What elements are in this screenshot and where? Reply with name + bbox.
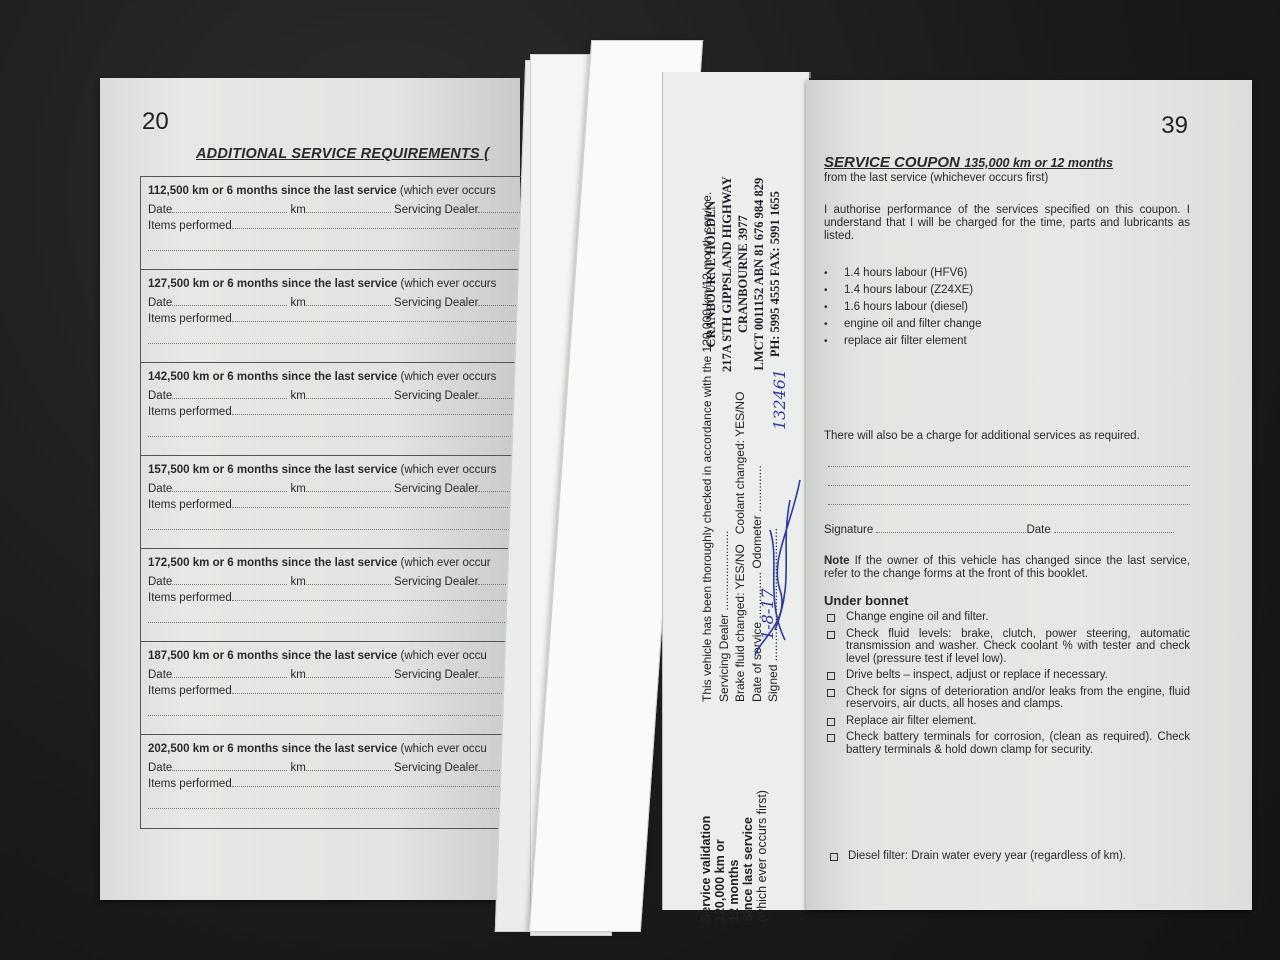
- note-text: If the owner of this vehicle has changed…: [824, 555, 1190, 580]
- date-label: Date: [148, 297, 172, 309]
- owner-change-note: Note If the owner of this vehicle has ch…: [824, 555, 1190, 581]
- km-field[interactable]: [306, 668, 391, 678]
- items-field-line[interactable]: [148, 422, 515, 437]
- additional-services-lines[interactable]: [824, 450, 1190, 507]
- labour-item: 1.4 hours labour (Z24XE): [824, 282, 1190, 299]
- date-label: Date: [148, 576, 172, 588]
- signature-label: Signature: [824, 524, 873, 536]
- km-field[interactable]: [306, 761, 391, 771]
- service-entry-row: 157,500 km or 6 months since the last se…: [141, 456, 521, 549]
- under-bonnet-heading: Under bonnet: [824, 593, 1190, 608]
- items-field[interactable]: [232, 405, 521, 415]
- dealer-label: Servicing Dealer: [394, 483, 478, 495]
- validation-interval: 12 months: [727, 790, 741, 922]
- page-heading: ADDITIONAL SERVICE REQUIREMENTS (: [196, 146, 489, 162]
- service-fields: Date km Servicing Dealer: [148, 482, 521, 495]
- checklist-item[interactable]: Drive belts – inspect, adjust or replace…: [824, 669, 1190, 682]
- service-entry-row: 142,500 km or 6 months since the last se…: [141, 363, 521, 456]
- dealer-label: Servicing Dealer: [394, 390, 478, 402]
- items-performed: Items performed: [148, 591, 521, 604]
- items-label: Items performed: [148, 499, 232, 511]
- items-performed: Items performed: [148, 498, 521, 511]
- items-field[interactable]: [232, 498, 521, 508]
- stamp-address: 217A STH GIPPSLAND HIGHWAY: [719, 176, 735, 372]
- service-entry-row: 187,500 km or 6 months since the last se…: [141, 642, 521, 735]
- labour-item: engine oil and filter change: [824, 316, 1190, 333]
- additional-charge-text: There will also be a charge for addition…: [824, 430, 1190, 442]
- date-field[interactable]: [172, 482, 287, 492]
- service-entry-row: 127,500 km or 6 months since the last se…: [141, 270, 521, 363]
- validation-interval: Since last service: [741, 790, 755, 922]
- km-field[interactable]: [306, 575, 391, 585]
- km-field[interactable]: [306, 296, 391, 306]
- date-field[interactable]: [172, 296, 287, 306]
- validation-title: Service validation: [699, 790, 713, 922]
- date-field[interactable]: [172, 668, 287, 678]
- km-label: km: [291, 576, 306, 588]
- km-label: km: [291, 762, 306, 774]
- coupon-subtitle: from the last service (whichever occurs …: [824, 172, 1190, 184]
- date-label: Date: [148, 762, 172, 774]
- dealer-label: Servicing Dealer: [394, 297, 478, 309]
- items-field[interactable]: [232, 777, 521, 787]
- labour-item: 1.4 hours labour (HFV6): [824, 265, 1190, 282]
- items-label: Items performed: [148, 313, 232, 325]
- items-field-line[interactable]: [148, 608, 515, 623]
- date-field[interactable]: [172, 203, 287, 213]
- dealer-label: Servicing Dealer: [394, 762, 478, 774]
- blank-line[interactable]: [828, 488, 1190, 505]
- items-label: Items performed: [148, 592, 232, 604]
- date-field[interactable]: [172, 761, 287, 771]
- right-page: 39 SERVICE COUPON 135,000 km or 12 month…: [806, 80, 1252, 910]
- km-field[interactable]: [306, 482, 391, 492]
- items-field-line[interactable]: [148, 329, 515, 344]
- date-field[interactable]: [172, 575, 287, 585]
- checklist-item[interactable]: Check fluid levels: brake, clutch, power…: [824, 628, 1190, 666]
- service-interval: 187,500 km or 6 months since the last se…: [148, 650, 521, 662]
- blank-line[interactable]: [828, 450, 1190, 467]
- validation-interval: 120,000 km or: [713, 790, 727, 922]
- stamp-city: CRANBOURNE 3977: [735, 176, 751, 372]
- coupon-title: SERVICE COUPON 135,000 km or 12 months: [824, 154, 1113, 172]
- service-fields: Date km Servicing Dealer: [148, 761, 521, 774]
- dealer-label: Servicing Dealer: [394, 669, 478, 681]
- signature-date-row[interactable]: Signature Date: [824, 523, 1190, 536]
- items-field-line[interactable]: [148, 701, 515, 716]
- brake-fluid-label: Brake fluid changed: YES/NO: [733, 544, 747, 702]
- km-label: km: [291, 297, 306, 309]
- items-label: Items performed: [148, 778, 232, 790]
- checklist-item[interactable]: Diesel filter: Drain water every year (r…: [824, 850, 1190, 862]
- items-field[interactable]: [232, 684, 521, 694]
- validation-heading: Service validation 120,000 km or 12 mont…: [699, 790, 769, 922]
- coupon-title-text: SERVICE COUPON: [824, 154, 960, 171]
- date-label: Date: [148, 390, 172, 402]
- service-interval: 172,500 km or 6 months since the last se…: [148, 557, 521, 569]
- service-interval: 127,500 km or 6 months since the last se…: [148, 278, 521, 290]
- km-label: km: [291, 204, 306, 216]
- items-label: Items performed: [148, 220, 232, 232]
- items-field[interactable]: [232, 591, 521, 601]
- km-label: km: [291, 390, 306, 402]
- items-performed: Items performed: [148, 219, 521, 232]
- service-fields: Date km Servicing Dealer: [148, 296, 521, 309]
- labour-list: 1.4 hours labour (HFV6)1.4 hours labour …: [824, 265, 1190, 350]
- handwritten-odometer: 132461: [770, 369, 789, 430]
- handwritten-signature: [750, 470, 810, 660]
- dealer-label: Servicing Dealer: [394, 204, 478, 216]
- date-label: Date: [148, 669, 172, 681]
- service-requirements-table: 112,500 km or 6 months since the last se…: [140, 176, 521, 829]
- service-fields: Date km Servicing Dealer: [148, 389, 521, 402]
- items-field[interactable]: [232, 219, 521, 229]
- service-interval: 142,500 km or 6 months since the last se…: [148, 371, 521, 383]
- service-interval: 112,500 km or 6 months since the last se…: [148, 185, 521, 197]
- labour-item: 1.6 hours labour (diesel): [824, 299, 1190, 316]
- km-label: km: [291, 669, 306, 681]
- km-field[interactable]: [306, 203, 391, 213]
- dealer-label: Servicing Dealer: [394, 576, 478, 588]
- date-field[interactable]: [1054, 523, 1174, 533]
- date-label: Date: [148, 204, 172, 216]
- items-performed: Items performed: [148, 405, 521, 418]
- left-page: 20 ADDITIONAL SERVICE REQUIREMENTS ( 112…: [100, 78, 520, 900]
- checklist-item[interactable]: Replace air filter element.: [824, 715, 1190, 728]
- service-interval: 157,500 km or 6 months since the last se…: [148, 464, 521, 476]
- signature-field[interactable]: [876, 523, 1026, 533]
- stamp-phone: PH: 5995 4555 FAX: 5991 1655: [767, 176, 783, 372]
- checklist-item[interactable]: Check for signs of deterioration and/or …: [824, 686, 1190, 711]
- signed-label: Signed: [766, 665, 780, 702]
- dealer-stamp: CRANBOURNE HOLDEN 217A STH GIPPSLAND HIG…: [703, 176, 783, 372]
- items-performed: Items performed: [148, 684, 521, 697]
- note-label: Note: [824, 555, 850, 567]
- service-entry-row: 172,500 km or 6 months since the last se…: [141, 549, 521, 642]
- page-number: 20: [142, 108, 169, 136]
- date-field[interactable]: [172, 389, 287, 399]
- items-field-line[interactable]: [148, 794, 515, 809]
- coolant-label: Coolant changed: YES/NO: [733, 392, 747, 535]
- items-field[interactable]: [232, 312, 521, 322]
- items-label: Items performed: [148, 406, 232, 418]
- items-label: Items performed: [148, 685, 232, 697]
- service-entry-row: 202,500 km or 6 months since the last se…: [141, 735, 521, 828]
- service-entry-row: 112,500 km or 6 months since the last se…: [141, 177, 521, 270]
- km-label: km: [291, 483, 306, 495]
- service-fields: Date km Servicing Dealer: [148, 203, 521, 216]
- field-label: Servicing Dealer: [717, 614, 731, 702]
- checklist-item[interactable]: Change engine oil and filter.: [824, 611, 1190, 624]
- date-label: Date: [148, 483, 172, 495]
- service-interval: 202,500 km or 6 months since the last se…: [148, 743, 521, 755]
- service-fields: Date km Servicing Dealer: [148, 575, 521, 588]
- validation-note: (which ever occurs first): [755, 790, 769, 922]
- stamp-dealer-name: CRANBOURNE HOLDEN: [703, 176, 719, 372]
- diesel-checklist: Diesel filter: Drain water every year (r…: [824, 850, 1190, 862]
- checklist-item[interactable]: Check battery terminals for corrosion, (…: [824, 731, 1190, 756]
- labour-item: replace air filter element: [824, 333, 1190, 350]
- under-bonnet-checklist: Change engine oil and filter.Check fluid…: [824, 611, 1190, 760]
- km-field[interactable]: [306, 389, 391, 399]
- items-performed: Items performed: [148, 312, 521, 325]
- authorisation-text: I authorise performance of the services …: [824, 204, 1190, 243]
- items-field-line[interactable]: [148, 515, 515, 530]
- items-field-line[interactable]: [148, 236, 515, 251]
- blank-line[interactable]: [828, 469, 1190, 486]
- date-label: Date: [1026, 524, 1050, 536]
- page-number: 39: [1161, 112, 1188, 140]
- stamp-licence: LMCT 0011152 ABN 81 676 984 829: [751, 176, 767, 372]
- items-performed: Items performed: [148, 777, 521, 790]
- coupon-interval: 135,000 km or 12 months: [964, 156, 1113, 170]
- service-fields: Date km Servicing Dealer: [148, 668, 521, 681]
